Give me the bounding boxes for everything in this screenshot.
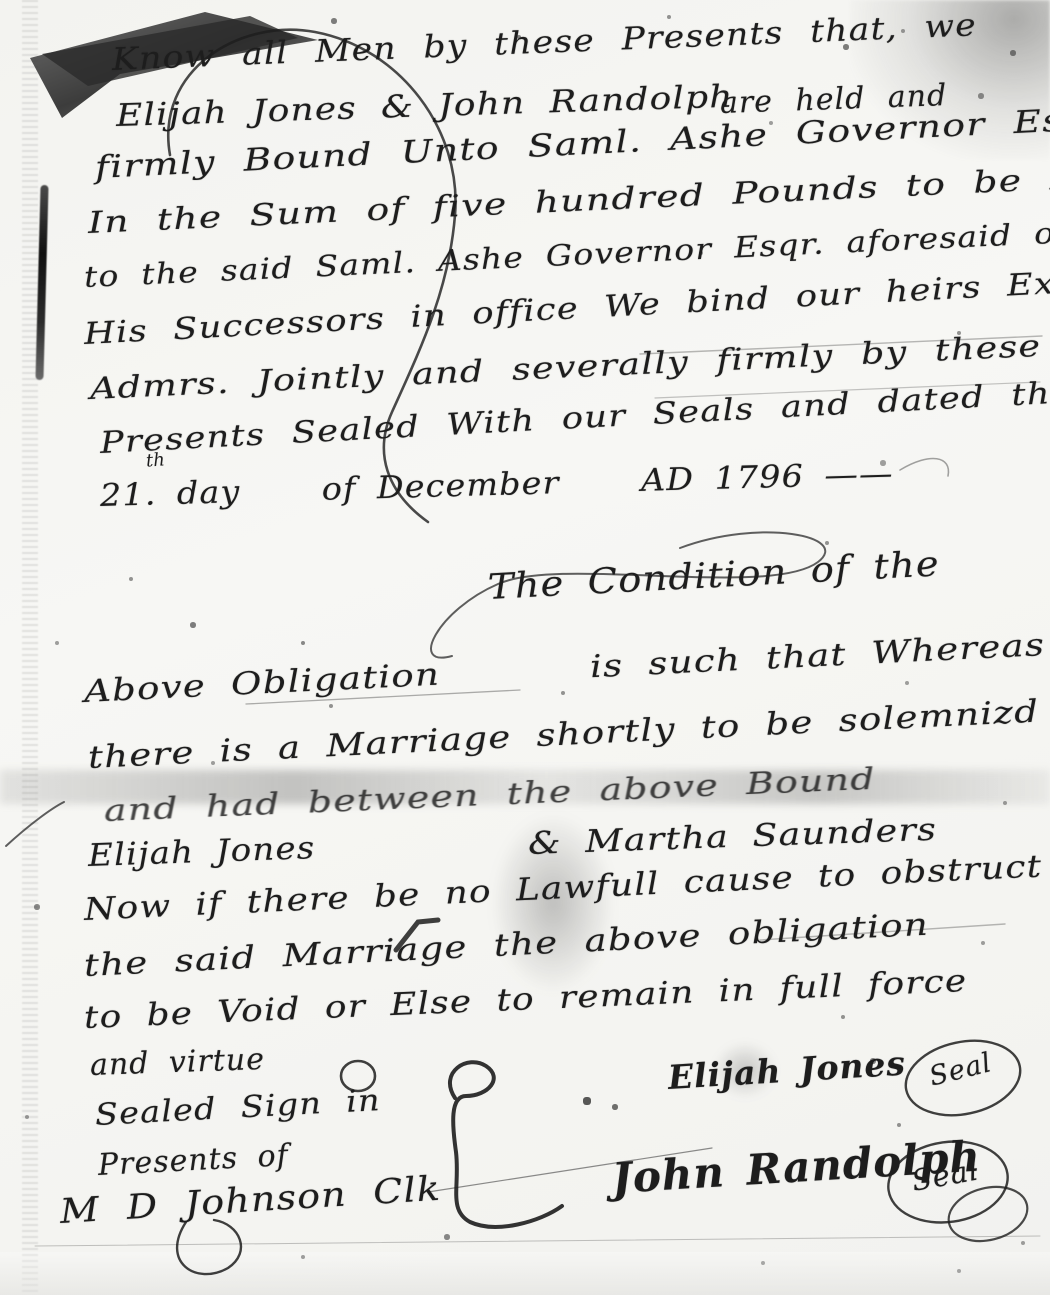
date-superscript: th [145,449,165,471]
bottom-crease [35,1236,1040,1246]
bottom-paper-edge [0,1252,1050,1295]
groom-name: Elijah Jones [87,830,315,874]
closing-line-virtue: and virtue [89,1042,265,1083]
bond-line-know-all-men: Know all Men by these Presents that, we [111,7,977,78]
seal-label-elijah: Seal [926,1047,995,1092]
attestation-sealed-sign: Sealed Sign in [94,1083,381,1133]
torn-left-edge [22,0,38,1295]
attestation-presents-of: Presents of [97,1138,289,1183]
condition-line-obligation: Above Obligation is such that Whereas [83,627,1046,710]
date-flourish [900,459,948,476]
fly-specks [0,0,2,2]
attestation-flourish [450,1062,562,1227]
condition-heading: The Condition of the [487,544,941,608]
bond-line-date: 21. day of December AD 1796 —— [99,456,893,514]
scanned-document: { "colors": { "ink": "#1d1d1d", "paper":… [0,0,1050,1295]
condition-line-marriage: there is a Marriage shortly to be solemn… [87,694,1040,776]
